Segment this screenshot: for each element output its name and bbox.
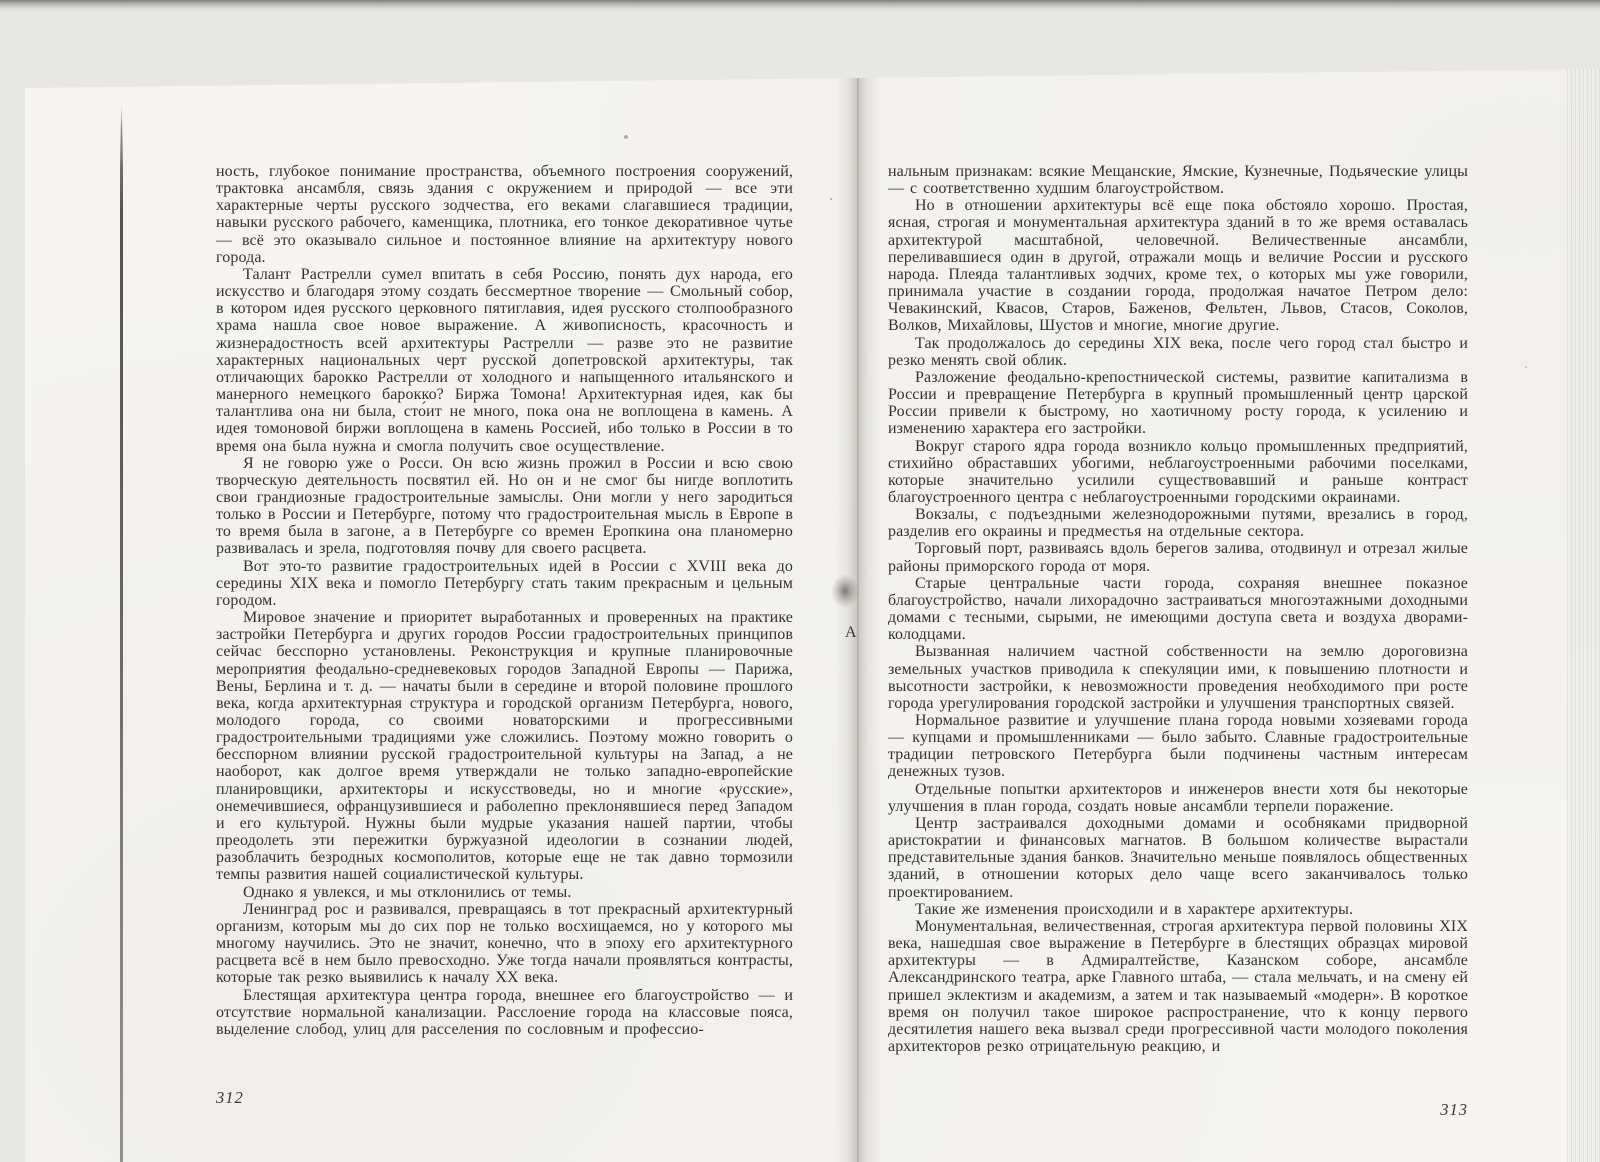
paragraph: Я не говорю уже о Росси. Он всю жизнь пр… bbox=[216, 455, 793, 558]
paragraph: ность, глубокое понимание пространства, … bbox=[216, 163, 793, 266]
paragraph: Но в отношении архитектуры всё еще пока … bbox=[888, 197, 1468, 334]
paragraph: Вокзалы, с подъездными железнодорожными … bbox=[888, 506, 1468, 540]
paragraph: Вызванная наличием частной собственности… bbox=[888, 643, 1468, 712]
paragraph: Так продолжалось до середины XIX века, п… bbox=[888, 335, 1468, 369]
book-spread-paper: А ность, глубокое понимание пространства… bbox=[25, 66, 1600, 1162]
gutter-show-through-mark: А bbox=[845, 624, 857, 642]
paragraph: Ленинград рос и развивался, превращаясь … bbox=[216, 901, 793, 987]
scan-top-edge bbox=[0, 0, 1600, 12]
gutter-ink-smudge bbox=[831, 574, 859, 608]
paragraph: Вокруг старого ядра города возникло коль… bbox=[888, 438, 1468, 507]
book-fore-edge-pages bbox=[1567, 66, 1600, 1162]
paragraph: Нормальное развитие и улучшение плана го… bbox=[888, 712, 1468, 781]
paragraph: Вот это-то развитие градостроительных ид… bbox=[216, 558, 793, 609]
paragraph: Старые центральные части города, сохраня… bbox=[888, 575, 1468, 644]
page-left-text-column: ность, глубокое понимание пространства, … bbox=[216, 163, 793, 1097]
left-page-fold-shadow bbox=[120, 104, 123, 1162]
page-right-text-column: нальным признакам: всякие Мещанские, Ямс… bbox=[888, 163, 1468, 1097]
paragraph: Мировое значение и приоритет выработанны… bbox=[216, 609, 793, 884]
paragraph: Однако я увлекся, и мы отклонились от те… bbox=[216, 884, 793, 901]
paragraph: Разложение феодально-крепостнической сис… bbox=[888, 369, 1468, 438]
center-gutter-shadow bbox=[835, 66, 881, 1162]
paragraph: Торговый порт, развиваясь вдоль берегов … bbox=[888, 540, 1468, 574]
page-number-right: 313 bbox=[888, 1100, 1468, 1120]
paragraph: Талант Растрелли сумел впитать в себя Ро… bbox=[216, 266, 793, 455]
paragraph: Монументальная, величественная, строгая … bbox=[888, 918, 1468, 1055]
paragraph: Блестящая архитектура центра города, вне… bbox=[216, 987, 793, 1038]
page-number-left: 312 bbox=[216, 1088, 244, 1108]
scanned-book-spread: { "colors":{ "bg":"#e7e7e5", "paper":"#f… bbox=[0, 0, 1600, 1162]
paragraph: нальным признакам: всякие Мещанские, Ямс… bbox=[888, 163, 1468, 197]
paragraph: Центр застраивался доходными домами и ос… bbox=[888, 815, 1468, 901]
paragraph: Отдельные попытки архитекторов и инженер… bbox=[888, 781, 1468, 815]
paragraph: Такие же изменения происходили и в харак… bbox=[888, 901, 1468, 918]
